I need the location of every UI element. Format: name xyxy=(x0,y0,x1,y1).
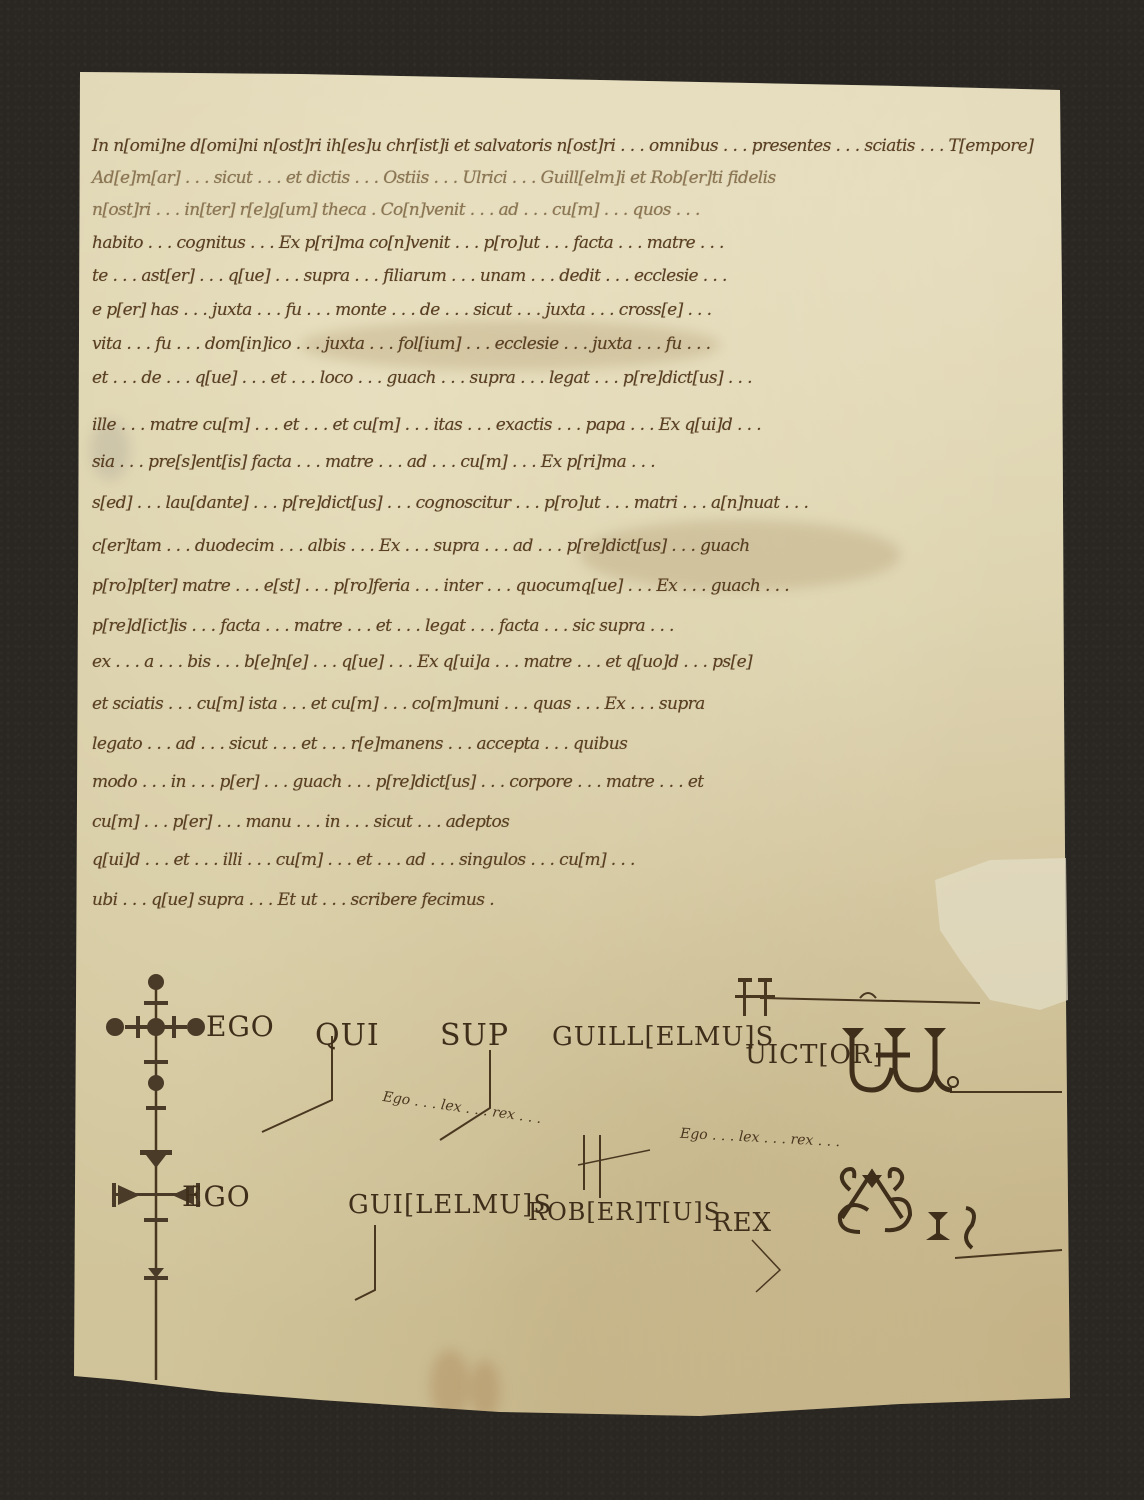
signatory-word: QUI xyxy=(315,1018,380,1053)
signatory-rex-label: REX xyxy=(712,1208,772,1238)
double-cross-icon xyxy=(735,978,775,1016)
signatory-marks xyxy=(0,0,1144,1500)
signatory-word: SUP xyxy=(440,1018,509,1053)
signatory-ego-1: EGO xyxy=(206,1010,275,1043)
signatory-word: ROB[ER]T[U]S xyxy=(528,1198,721,1226)
royal-monogram-icon xyxy=(840,1169,974,1248)
signatory-ego-2: EGO xyxy=(182,1180,251,1213)
signatory-rex-label: UICT[OR] xyxy=(745,1040,884,1070)
signatory-word: GUILL[ELMU]S xyxy=(552,1022,774,1052)
signatory-word: GUI[LELMU]S xyxy=(348,1190,552,1220)
